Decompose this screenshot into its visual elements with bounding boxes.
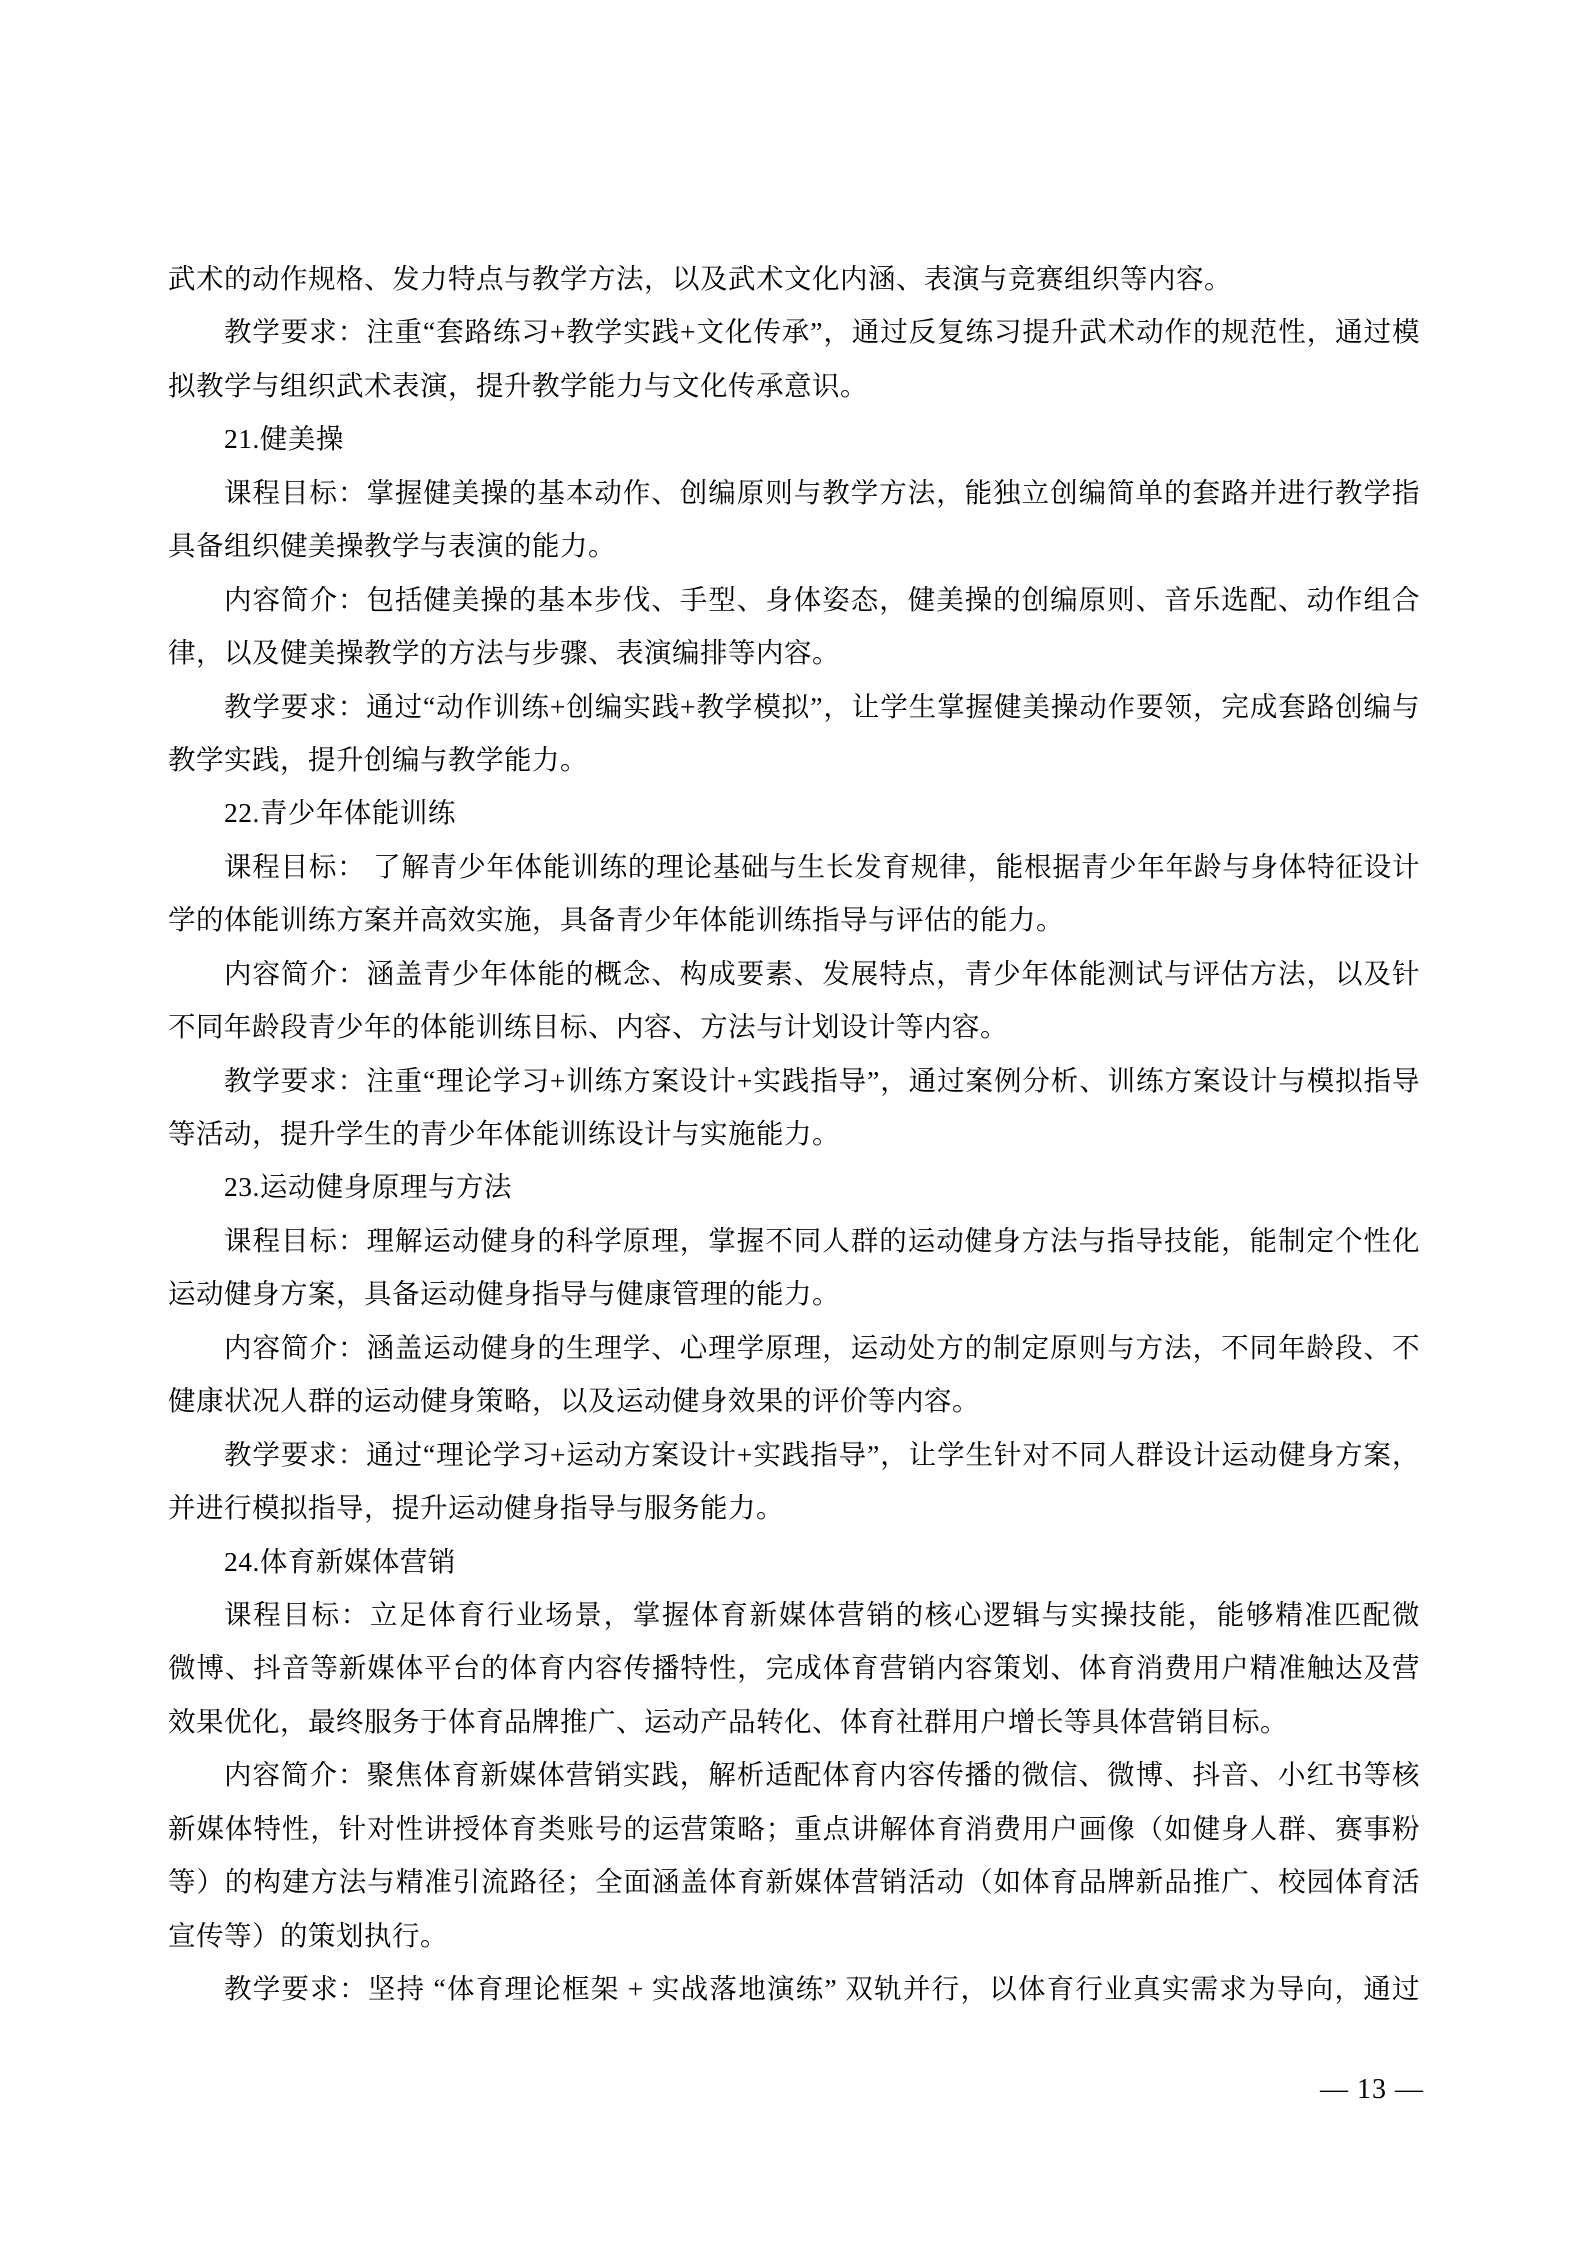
body-line: 课程目标：立足体育行业场景，掌握体育新媒体营销的核心逻辑与实操技能，能够精准匹配… [168,1588,1420,1641]
body-line: 运动健身方案，具备运动健身指导与健康管理的能力。 [168,1267,1420,1320]
body-line: 教学实践，提升创编与教学能力。 [168,733,1420,786]
body-line: 具备组织健美操教学与表演的能力。 [168,519,1420,572]
body-line: 内容简介：涵盖运动健身的生理学、心理学原理，运动处方的制定原则与方法，不同年龄段… [168,1321,1420,1374]
body-line: 教学要求：坚持 “体育理论框架 + 实战落地演练” 双轨并行，以体育行业真实需求… [168,1962,1420,2015]
body-line: 教学要求：注重“理论学习+训练方案设计+实践指导”，通过案例分析、训练方案设计与… [168,1054,1420,1107]
body-line: 微博、抖音等新媒体平台的体育内容传播特性，完成体育营销内容策划、体育消费用户精准… [168,1641,1420,1694]
body-line: 课程目标： 了解青少年体能训练的理论基础与生长发育规律，能根据青少年年龄与身体特… [168,840,1420,893]
body-line: 内容简介：涵盖青少年体能的概念、构成要素、发展特点，青少年体能测试与评估方法，以… [168,947,1420,1000]
body-line: 武术的动作规格、发力特点与教学方法，以及武术文化内涵、表演与竞赛组织等内容。 [168,252,1420,305]
body-line: 宣传等）的策划执行。 [168,1909,1420,1962]
body-line: 内容简介：包括健美操的基本步伐、手型、身体姿态，健美操的创编原则、音乐选配、动作… [168,573,1420,626]
body-line: 教学要求：通过“理论学习+运动方案设计+实践指导”，让学生针对不同人群设计运动健… [168,1428,1420,1481]
section-heading-21: 21.健美操 [168,412,1420,465]
body-line: 并进行模拟指导，提升运动健身指导与服务能力。 [168,1481,1420,1534]
body-line: 教学要求：注重“套路练习+教学实践+文化传承”，通过反复练习提升武术动作的规范性… [168,305,1420,358]
body-line: 律，以及健美操教学的方法与步骤、表演编排等内容。 [168,626,1420,679]
body-line: 效果优化，最终服务于体育品牌推广、运动产品转化、体育社群用户增长等具体营销目标。 [168,1695,1420,1748]
body-line: 新媒体特性，针对性讲授体育类账号的运营策略；重点讲解体育消费用户画像（如健身人群… [168,1802,1420,1855]
body-line: 教学要求：通过“动作训练+创编实践+教学模拟”，让学生掌握健美操动作要领，完成套… [168,680,1420,733]
section-heading-22: 22.青少年体能训练 [168,786,1420,839]
body-line: 等）的构建方法与精准引流路径；全面涵盖体育新媒体营销活动（如体育品牌新品推广、校… [168,1855,1420,1908]
body-line: 不同年龄段青少年的体能训练目标、内容、方法与计划设计等内容。 [168,1000,1420,1053]
body-line: 课程目标：掌握健美操的基本动作、创编原则与教学方法，能独立创编简单的套路并进行教… [168,466,1420,519]
body-line: 等活动，提升学生的青少年体能训练设计与实施能力。 [168,1107,1420,1160]
section-heading-23: 23.运动健身原理与方法 [168,1160,1420,1213]
document-text-block: 武术的动作规格、发力特点与教学方法，以及武术文化内涵、表演与竞赛组织等内容。 教… [168,252,1420,2015]
body-line: 课程目标：理解运动健身的科学原理，掌握不同人群的运动健身方法与指导技能，能制定个… [168,1214,1420,1267]
section-heading-24: 24.体育新媒体营销 [168,1535,1420,1588]
document-page: 武术的动作规格、发力特点与教学方法，以及武术文化内涵、表演与竞赛组织等内容。 教… [0,0,1587,2245]
body-line: 内容简介：聚焦体育新媒体营销实践，解析适配体育内容传播的微信、微博、抖音、小红书… [168,1748,1420,1801]
body-line: 学的体能训练方案并高效实施，具备青少年体能训练指导与评估的能力。 [168,893,1420,946]
body-line: 拟教学与组织武术表演，提升教学能力与文化传承意识。 [168,359,1420,412]
page-number: — 13 — [1312,2068,1432,2112]
body-line: 健康状况人群的运动健身策略，以及运动健身效果的评价等内容。 [168,1374,1420,1427]
